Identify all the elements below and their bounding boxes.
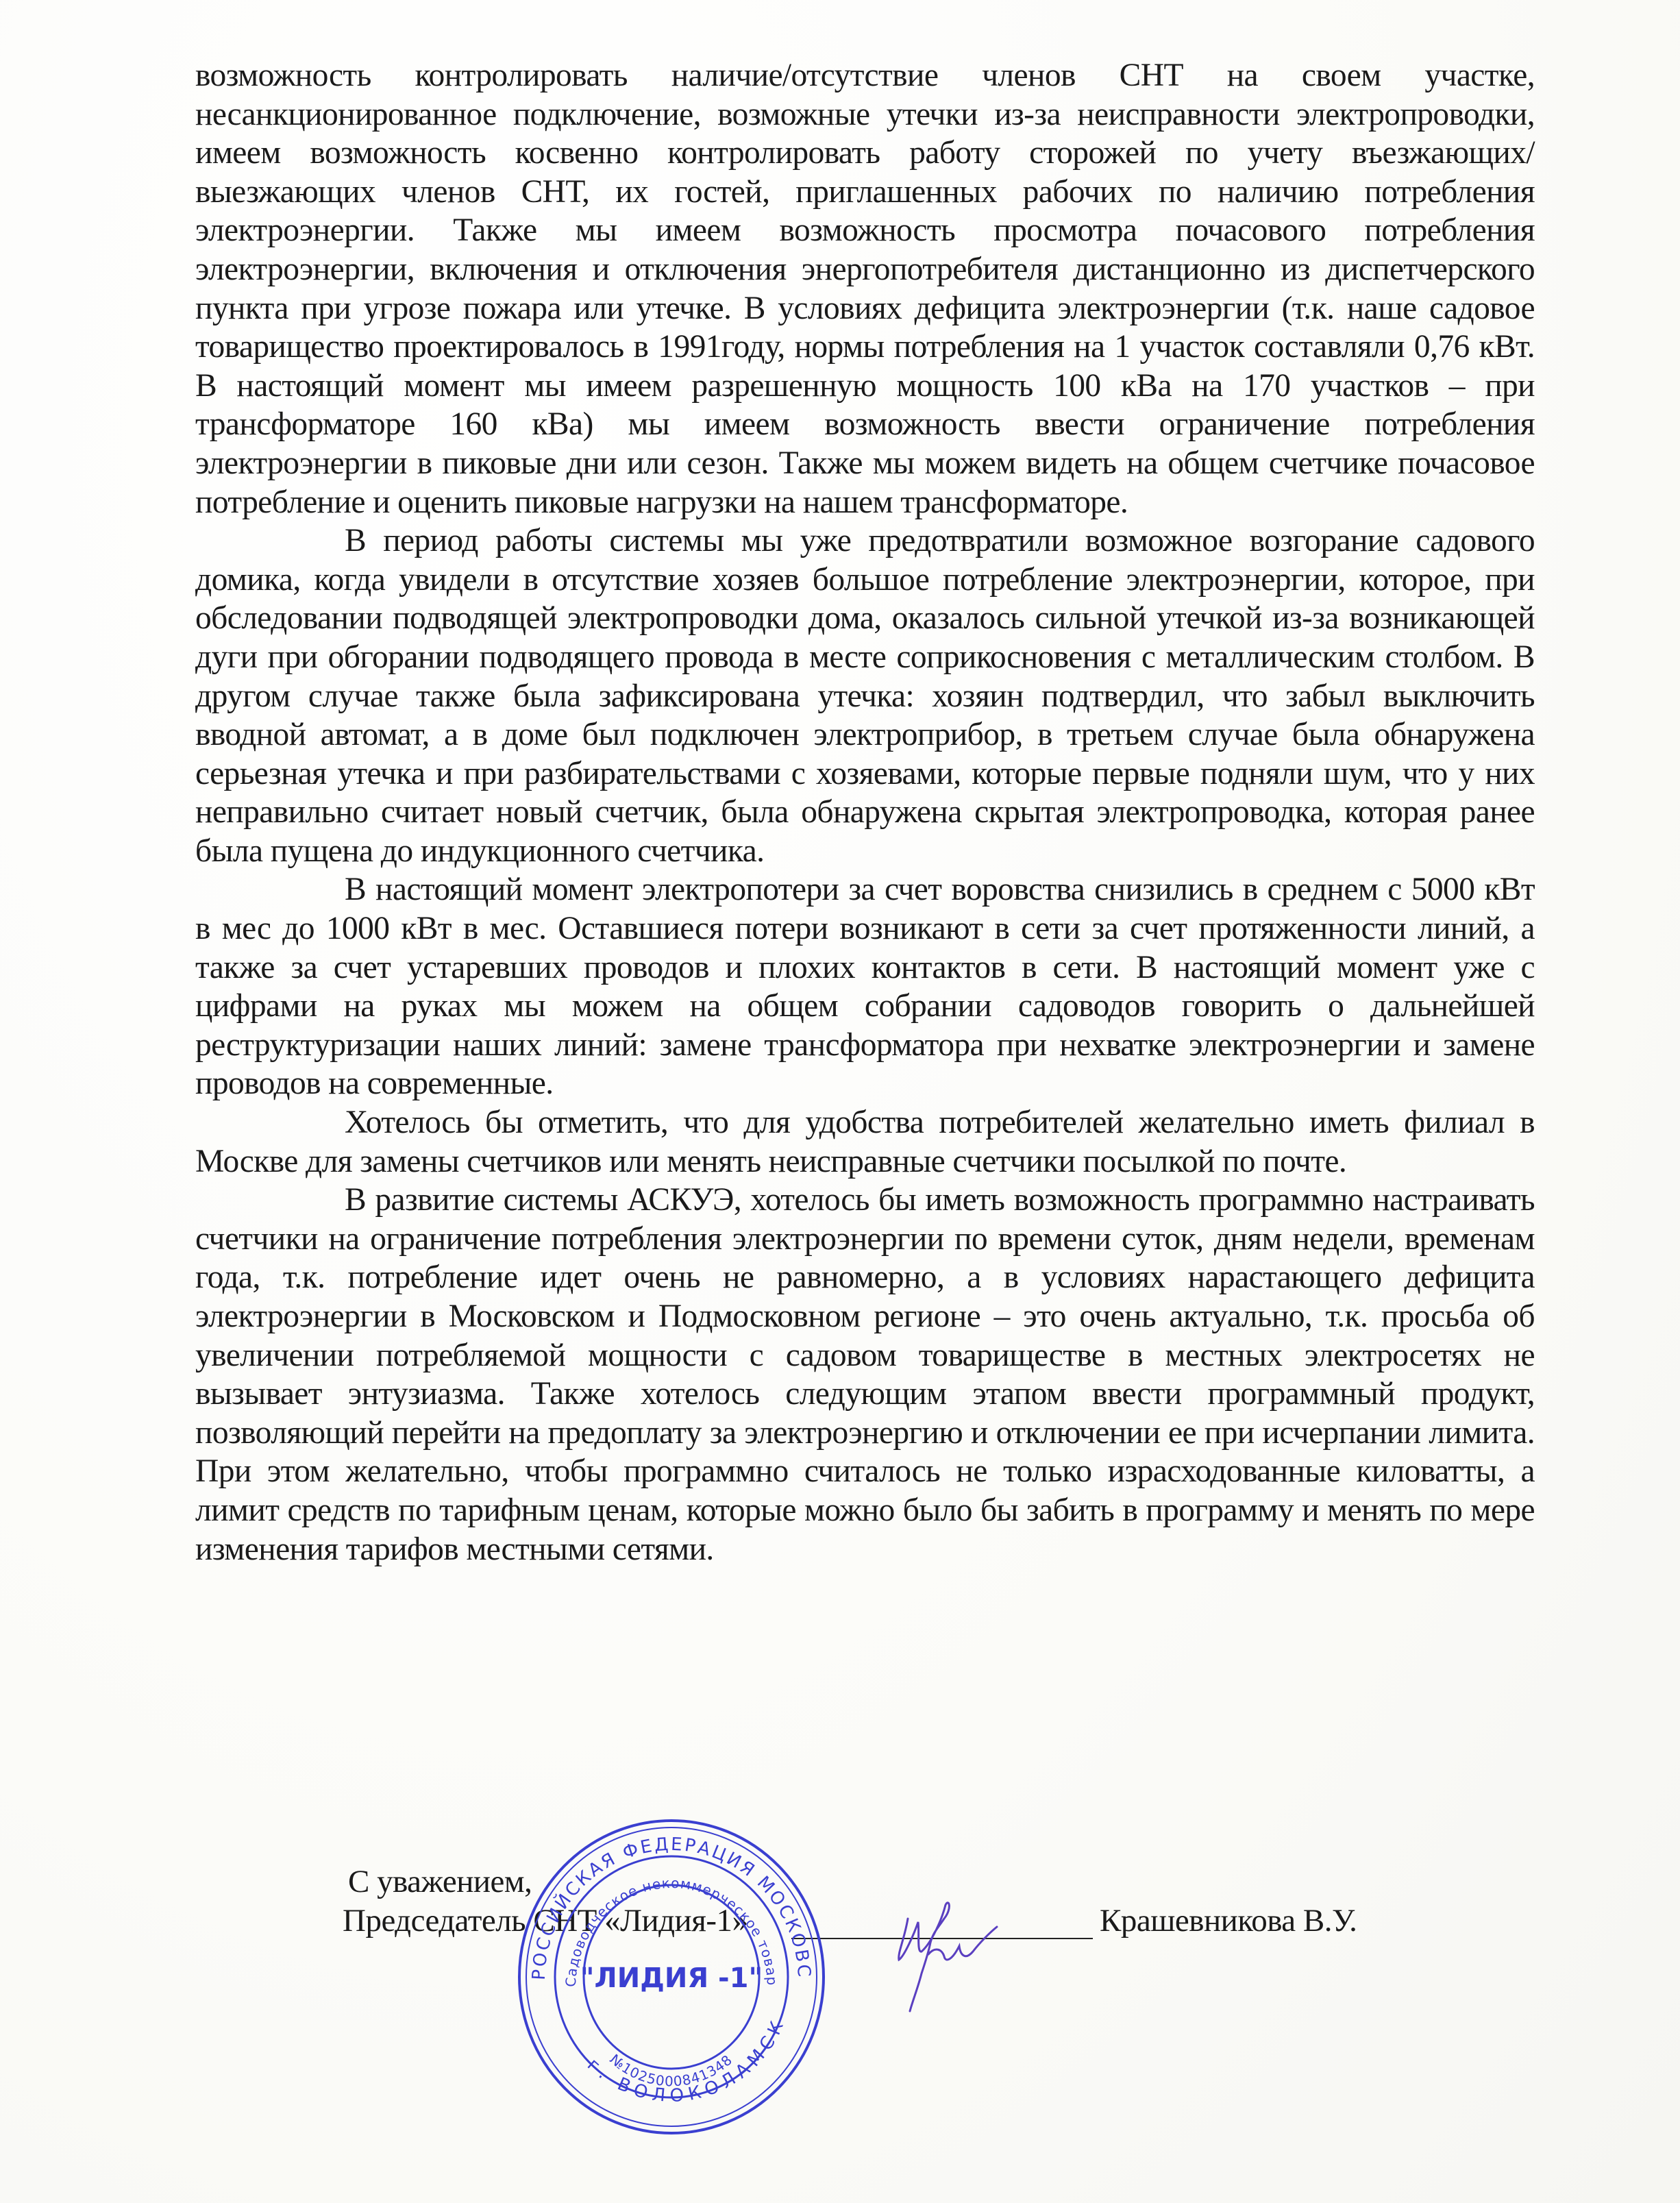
svg-text:"ЛИДИЯ -1": "ЛИДИЯ -1"	[580, 1962, 763, 1994]
signer-name: Крашевникова В.У.	[1100, 1902, 1357, 1939]
scanned-page: возможность контролировать наличие/отсут…	[0, 0, 1680, 2203]
closing-regards: С уважением,	[348, 1863, 532, 1900]
signature-block: С уважением, Председатель СНТ «Лидия-1» …	[0, 0, 1680, 2203]
handwritten-signature-icon	[856, 1878, 1007, 2015]
organization-stamp-icon: РОССИЙСКАЯ ФЕДЕРАЦИЯ МОСКОВСКАЯ ОБЛАСТЬ …	[510, 1816, 832, 2138]
